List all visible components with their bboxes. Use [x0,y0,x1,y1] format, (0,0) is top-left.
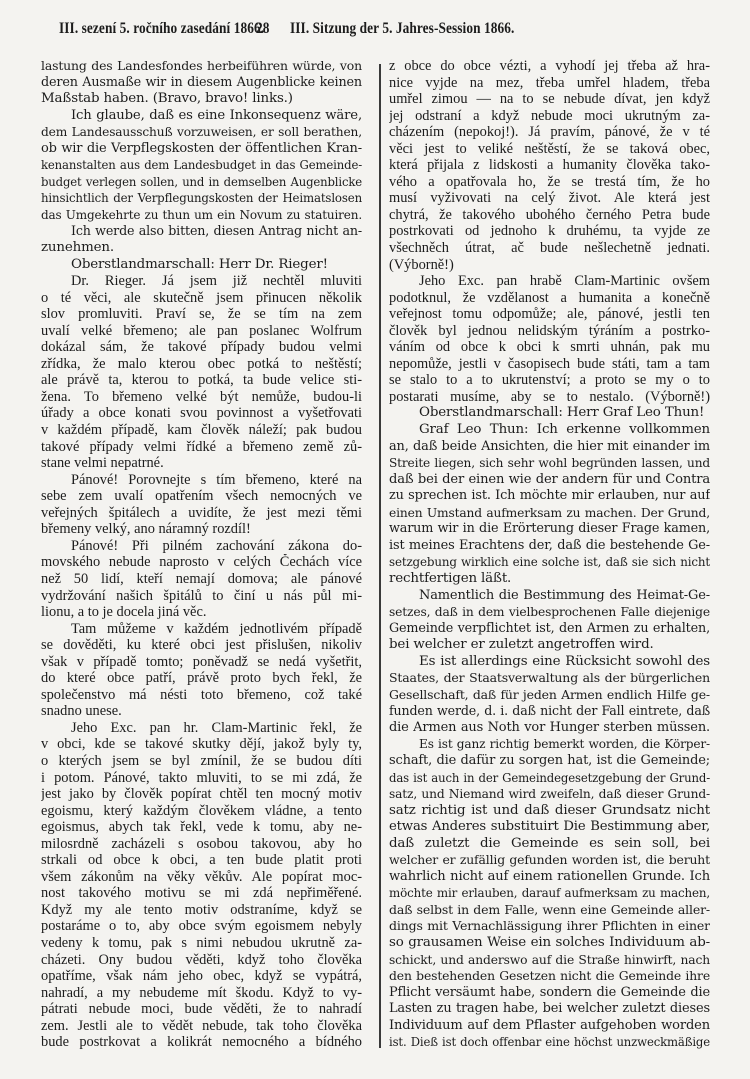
left-text-column: lastung des Landesfondes herbeiführen wü… [41,58,362,1051]
text-line: ob wir die Verpflegskosten der öffentlic… [41,141,362,158]
text-line: takové případy velmi řídké a břemeno zem… [41,439,362,456]
text-line: postaráme o to, aby obce svým egoismem n… [41,918,362,935]
text-line: veřejnost tomu odpomůže; ale, pánové, je… [389,306,710,323]
text-line: setzes, daß in dem vielbesprochenen Fall… [389,604,710,621]
text-line: váním od obce k obci k smrti uhnán, pak … [389,339,710,356]
text-line: nepomůže, jestli v časopisech bude státi… [389,356,710,373]
text-line: veřejných špitálech a uvidíte, že jest m… [41,505,362,522]
text-line: než 50 lidí, kteří nemají domova; ale pá… [41,571,362,588]
text-line: Ich werde also bitten, diesen Antrag nic… [41,223,362,240]
text-line: o kterých jsem se byl zmínil, že se budo… [41,753,362,770]
text-line: (Výborně!) [389,257,710,274]
text-line: die Armen aus Noth vor Hunger sterben mü… [389,720,710,737]
text-line: wahrlich nicht auf einem rationellen Gru… [389,869,710,886]
text-line: pátrati nebude moci, bude věděti, že to … [41,1001,362,1018]
text-line: Es ist allerdings eine Rücksicht sowohl … [389,654,710,671]
text-line: Pflicht versäumt habe, sondern die Gemei… [389,985,710,1002]
text-line: však v případě tomto; poněvadž se nedá v… [41,654,362,671]
text-line: umřel zimou — na to se nebude dívat, jen… [389,91,710,108]
text-line: egoismu, který každým člověkem vládne, a… [41,803,362,820]
text-line: věci jest to veliké neštěstí, že se tako… [389,141,710,158]
text-line: strkali od obce k obci, a ten bude plati… [41,852,362,869]
text-line: se dověděti, ku které obci jest přisluše… [41,637,362,654]
text-line: zřídka, že malo kterou obec potká to neš… [41,356,362,373]
text-line: Es ist ganz richtig bemerkt worden, die … [389,736,710,753]
header-german-title: III. Sitzung der 5. Jahres-Session 1866. [290,20,514,38]
text-line: zunehmen. [41,240,362,257]
text-line: milosrdně zacházeli s osobou takovou, ab… [41,836,362,853]
text-line: Lasten zu tragen habe, bei welcher zulet… [389,1001,710,1018]
text-line: jej odstraní a když nebude moci ukrutným… [389,108,710,125]
text-line: einen Umstand aufmerksam zu machen. Der … [389,505,710,522]
text-line: an, daß beide Ansichten, die hier mit ei… [389,439,710,456]
text-line: chytrá, že takového ubohého černého Petr… [389,207,710,224]
text-line: slov promluviti. Praví se, že se tím na … [41,306,362,323]
text-line: úřady a obce konati svou povinnost a vyš… [41,405,362,422]
text-line: das ist auch in der Gemeindegesetzgebung… [389,770,710,787]
text-line: Maßstab haben. (Bravo, bravo! links.) [41,91,362,108]
text-line: zem. Jestli ale to vědět nebude, tak toh… [41,1018,362,1035]
text-line: Dr. Rieger. Já jsem již nechtěl mluviti [41,273,362,290]
text-line: lionu, a to je docela jiná věc. [41,604,362,621]
text-line: ale právě ta, kterou to potká, ta bude v… [41,372,362,389]
text-line: postrkovati od jednoho k druhému, ta vyj… [389,223,710,240]
text-line: das Umgekehrte zu thun um ein Novum zu s… [41,207,362,224]
text-line: v obci, kde se takové skutky dějí, jakož… [41,736,362,753]
text-line: warum wir in die Erörterung dieser Frage… [389,521,710,538]
text-line: vydržování našich špitálů to činí u nás … [41,588,362,605]
text-line: daß zuletzt die Gemeinde es sein soll, b… [389,836,710,853]
text-line: se stalo to a to ukrutenství; a proto se… [389,372,710,389]
text-line: nahradí, a my nebudeme mít škodu. Když t… [41,985,362,1002]
text-line: podotknul, že vzdělanost a humanita a ko… [389,290,710,307]
text-line: Když my ale tento motiv odstraníme, když… [41,902,362,919]
text-line: jest jako by člověk popírat chtěl ten mo… [41,786,362,803]
text-line: budget verlegen sollen, und in demselben… [41,174,362,191]
column-divider [379,64,381,1048]
text-line: bude postrkovat a kolikrát nemocného a b… [41,1034,362,1051]
text-line: welcher er zufällig gefunden worden ist,… [389,852,710,869]
text-line: lastung des Landesfondes herbeiführen wü… [41,58,362,75]
text-line: satz, und Niemand wird zweifeln, daß die… [389,786,710,803]
text-line: etwas Anderes substituirt Die Bestimmung… [389,819,710,836]
page-number: 28 [256,20,270,38]
text-line: Tam můžeme v každém jednotlivém případě [41,621,362,638]
text-line: nost takového motivu se mi zdá nepřiměře… [41,885,362,902]
text-line: společenstvo má nésti toto břemeno, což … [41,687,362,704]
text-line: musí vyživovati na celý život. Ale která… [389,190,710,207]
text-line: Jeho Exc. pan hr. Clam-Martinic řekl, že [41,720,362,737]
text-line: o té věci, ale skutečně jsem přinucen ně… [41,290,362,307]
text-line: cházením (nepokoj!). Já pravím, pánové, … [389,124,710,141]
text-line: Ich glaube, daß es eine Inkonsequenz wär… [41,108,362,125]
text-line: hinsichtlich der Verpflegungskosten der … [41,190,362,207]
text-line: Oberstlandmarschall: Herr Dr. Rieger! [41,257,362,274]
header-czech-title: III. sezení 5. ročního zasedání 1866. [59,20,264,38]
text-line: zu sprechen ist. Ich möchte mir erlauben… [389,488,710,505]
text-line: která přijala z lidskosti a humanity člo… [389,157,710,174]
text-line: daß selbst in dem Falle, wenn eine Gemei… [389,902,710,919]
text-line: nice vyjde na mez, třeba umřel hladem, t… [389,75,710,92]
text-line: opatříme, však nám jeho obec, když se vy… [41,968,362,985]
text-line: cházeti. Ony budou věděti, když toho člo… [41,952,362,969]
text-line: dem Landesausschuß vorzuweisen, er soll … [41,124,362,141]
text-line: Jeho Exc. pan hrabě Clam-Martinic ovšem [389,273,710,290]
text-line: deren Ausmaße wir in diesem Augenblicke … [41,75,362,92]
text-line: dings mit Vernachlässigung ihrer Pflicht… [389,918,710,935]
text-line: snadno unese. [41,703,362,720]
text-line: Pánové! Při pilném zachování zákona do- [41,538,362,555]
text-line: dokázal sám, že takové případy budou vel… [41,339,362,356]
text-line: ist meines Erachtens der, daß die besteh… [389,538,710,555]
text-line: stane velmi nepatrné. [41,455,362,472]
text-line: břemeny velký, ano náramný rozdíl! [41,521,362,538]
text-line: žena. To břemeno velké být nemůže, budou… [41,389,362,406]
text-line: do které obce patří, právě proto bych ře… [41,670,362,687]
text-line: egoismus, abych tak řekl, vede k tomu, a… [41,819,362,836]
text-line: kenanstalten aus dem Landesbudget in das… [41,157,362,174]
text-line: všechněch útrat, ač bude nešlechetně jed… [389,240,710,257]
text-line: vého a opatřovala ho, že se trestá tím, … [389,174,710,191]
text-line: Staates, der Staatsverwaltung als der bü… [389,670,710,687]
text-line: člověk byl jednou nelidským týráním a po… [389,323,710,340]
text-line: setzgebung wirklich eine solche ist, daß… [389,554,710,571]
text-line: möchte mir erlauben, darauf aufmerksam z… [389,885,710,902]
text-line: vedeny k tomu, pak s nimi nebudou ukrutn… [41,935,362,952]
text-line: všem zákonům na věky věkův. Ale popírat … [41,869,362,886]
text-line: i potom. Pánové, takto mluviti, to se mi… [41,770,362,787]
text-line: Individuum auf dem Pflaster aufgehoben w… [389,1018,710,1035]
text-line: Gesellschaft, daß für jeden Armen endlic… [389,687,710,704]
text-line: Pánové! Porovnejte s tím břemeno, které … [41,472,362,489]
text-line: Oberstlandmarschall: Herr Graf Leo Thun! [389,405,710,422]
text-line: uvalí velké břemeno; ale pan poslanec Wo… [41,323,362,340]
page-header: III. sezení 5. ročního zasedání 1866. 28… [0,0,750,40]
text-line: schaft, die dafür zu sorgen hat, ist die… [389,753,710,770]
text-line: Streite liegen, sich sehr wohl begründen… [389,455,710,472]
text-line: funden werde, d. i. daß nicht der Fall e… [389,703,710,720]
text-line: rechtfertigen läßt. [389,571,710,588]
text-line: v každém případě, kam člověk náleží; pak… [41,422,362,439]
text-line: sebe zem uvalí opatřením všech nemocných… [41,488,362,505]
text-line: so grausamen Weise ein solches Individuu… [389,935,710,952]
text-line: postarati musíme, aby se to nestalo. (Vý… [389,389,710,406]
text-line: ist. Dieß ist doch offenbar eine höchst … [389,1034,710,1051]
text-line: z obce do obce vézti, a vyhodí jej třeba… [389,58,710,75]
text-line: satz richtig ist und daß dieser Grundsat… [389,803,710,820]
text-line: daß bei der einen wie der andern für und… [389,472,710,489]
right-text-column: z obce do obce vézti, a vyhodí jej třeba… [389,58,710,1051]
text-line: Gemeinde verpflichtet ist, den Armen zu … [389,621,710,638]
text-line: bei welcher er zuletzt angetroffen wird. [389,637,710,654]
text-line: Graf Leo Thun: Ich erkenne vollkommen [389,422,710,439]
text-line: den bestehenden Gesetzen nicht die Gemei… [389,968,710,985]
text-line: movského nebude naprosto v celých Čechác… [41,554,362,571]
text-line: Namentlich die Bestimmung des Heimat-Ge- [389,588,710,605]
text-line: schickt, und anderswo auf die Straße hin… [389,952,710,969]
